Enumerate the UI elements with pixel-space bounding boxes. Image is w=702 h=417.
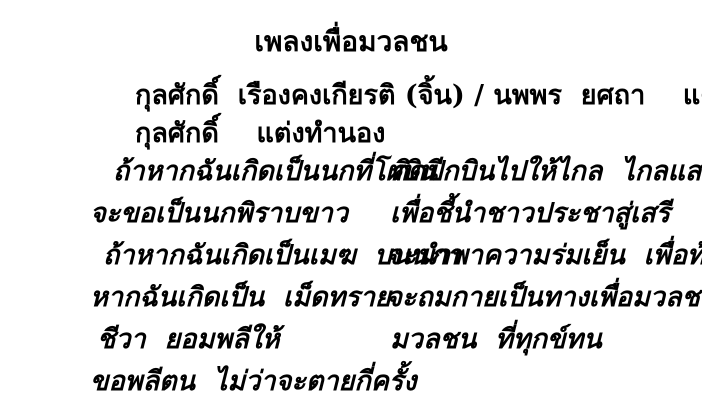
lyric-line-1-right: ติดปีกบินไปให้ไกล ไกลแสนไกล: [390, 156, 702, 188]
lyric-line-2-right: เพื่อชี้นำชาวประชาสู่เสรี: [390, 198, 670, 230]
credit-line-melody: กุลศักดิ์ แต่งทำนอง: [135, 118, 385, 150]
lyric-line-4-right: จะถมกายเป็นทางเพื่อมวลชน: [386, 282, 702, 314]
lyric-line-5-left: ชีวา ยอมพลีให้: [97, 324, 280, 356]
lyric-line-5-right: มวลชน ที่ทุกข์ทน: [390, 324, 602, 356]
lyric-line-1-left: ถ้าหากฉันเกิดเป็นนกที่โผบิน: [113, 156, 437, 188]
lyric-line-3-right: จะนำพาความร่มเย็น เพื่อท้องนา: [386, 240, 702, 272]
lyric-line-4-left: หากฉันเกิดเป็น เม็ดทราย: [90, 282, 391, 314]
lyric-line-6-left: ขอพลีตน ไม่ว่าจะตายกี่ครั้ง: [90, 366, 416, 398]
lyric-line-2-left: จะขอเป็นนกพิราบขาว: [90, 198, 348, 230]
credit-line-lyrics: กุลศักดิ์ เรืองคงเกียรติ (จิ้น) / นพพร ย…: [135, 80, 702, 112]
document-page: เพลงเพื่อมวลชน กุลศักดิ์ เรืองคงเกียรติ …: [0, 0, 702, 417]
song-title: เพลงเพื่อมวลชน: [0, 26, 702, 58]
